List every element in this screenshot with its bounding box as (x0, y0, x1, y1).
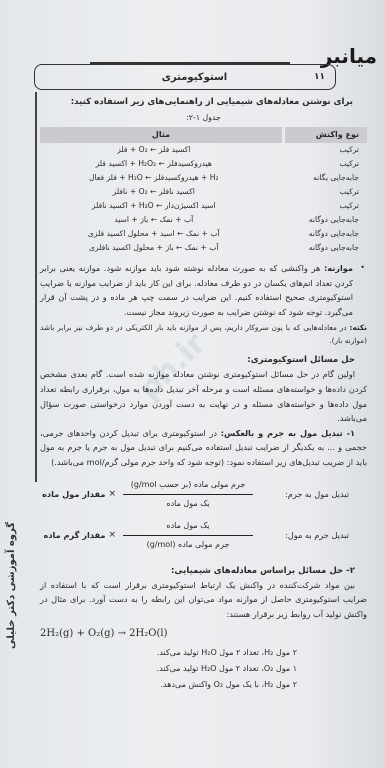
cell-example: آب + نمک ← باز + محلول اکسید نافلزی (40, 241, 284, 255)
cell-example: اکسید فلز ← O₂ + فلز (40, 143, 284, 157)
list-item: ۲ مول H₂، با یک مول O₂ واکنش می‌دهد. (40, 677, 297, 693)
cell-type: ترکیب (284, 199, 368, 213)
balancing-text: هر واکنشی که به صورت معادله نوشته شود با… (40, 263, 353, 317)
intro-text: برای نوشتن معادله‌های شیمیایی از راهنمای… (40, 95, 353, 109)
note-paragraph: نکته: در معادله‌هایی که با یون سروکار دا… (40, 321, 367, 347)
balancing-section: • موازنه: هر واکنشی که به صورت معادله نو… (40, 261, 367, 319)
note-text: در معادله‌هایی که با یون سروکار داریم، پ… (40, 323, 367, 345)
cell-example: H₂ + هیدروکسیدفلز ← H₂O + فلز فعال (40, 171, 284, 185)
formula-label: تبدیل مول به جرم: (257, 487, 367, 501)
formula-multiplier: مقدار گرم ماده (44, 528, 106, 542)
fraction-bar (123, 494, 253, 495)
equations-section-title: ۲- حل مسائل براساس معادله‌های شیمیایی: (40, 564, 355, 578)
formula-label: تبدیل جرم به مول: (257, 528, 367, 542)
water-formation-equation: 2H₂(g) + O₂(g) → 2H₂O(l) (40, 627, 367, 641)
balancing-paragraph: موازنه: هر واکنشی که به صورت معادله نوشت… (40, 261, 353, 319)
multiply-sign: × (108, 528, 116, 542)
formula-mass-to-mol: تبدیل جرم به مول: یک مول ماده جرم مولی م… (40, 519, 367, 552)
cell-type: ترکیب (284, 143, 368, 157)
table-row: ترکیباکسید فلز ← O₂ + فلز (40, 143, 367, 157)
table-row: جابه‌جایی دوگانهآب + نمک ← باز + محلول ا… (40, 241, 367, 255)
note-term: نکته: (349, 323, 367, 332)
chapter-title: استوکیومتری (75, 72, 314, 83)
stoich-facts-list: ۲ مول H₂، تعداد ۲ مول H₂O تولید می‌کند. … (40, 645, 297, 693)
cell-type: جابه‌جایی دوگانه (284, 213, 368, 227)
stoich-paragraph: اولین گام در حل مسائل استوکیومتری نوشتن … (40, 367, 367, 425)
cell-type: ترکیب (284, 185, 368, 199)
cell-type: ترکیب (284, 157, 368, 171)
fraction-numerator: جرم مولی ماده (بر حسب g/mol) (127, 478, 250, 492)
stoich-section-title: حل مسائل استوکیومتری: (40, 353, 355, 367)
multiply-sign: × (108, 487, 116, 501)
fraction-bar (123, 535, 253, 536)
reaction-types-table: نوع واکنش مثال ترکیباکسید فلز ← O₂ + فلز… (40, 127, 367, 255)
list-item: ۱ مول O₂، تعداد ۲ مول H₂O تولید می‌کند. (40, 661, 297, 677)
page-number: ۱۱ (314, 72, 325, 82)
margin-rule (35, 92, 37, 482)
table-row: ترکیباسید اکسیژن‌دار ← H₂O + اکسید نافلز (40, 199, 367, 213)
column-header-type: نوع واکنش (284, 127, 368, 143)
table-row: ترکیبهیدروکسیدفلز ← H₂O₂ + اکسید فلز (40, 157, 367, 171)
table-row: ترکیباکسید نافلز ← O₂ + نافلز (40, 185, 367, 199)
cell-example: آب + نمک ← اسید + محلول اکسید فلزی (40, 227, 284, 241)
column-header-example: مثال (40, 127, 284, 143)
cell-type: جابه‌جایی یگانه (284, 171, 368, 185)
cell-example: اسید اکسیژن‌دار ← H₂O + اکسید نافلز (40, 199, 284, 213)
textbook-page: ph.ir میانبر استوکیومتری ۱۱ گروه آموزشی … (0, 0, 385, 768)
cell-example: اکسید نافلز ← O₂ + نافلز (40, 185, 284, 199)
cell-example: آب + نمک ← باز + اسید (40, 213, 284, 227)
side-publisher-text: گروه آموزشی دکتر خلیلی (6, 470, 30, 700)
balancing-term: موازنه: (324, 263, 353, 273)
conversion-paragraph: ۱- تبدیل مول به جرم و بالعکس: در استوکیو… (40, 426, 367, 470)
fraction-numerator: یک مول ماده (162, 519, 213, 533)
page-content: برای نوشتن معادله‌های شیمیایی از راهنمای… (40, 95, 367, 693)
table-caption: جدول ۱-۲: (40, 111, 367, 125)
formula-multiplier: مقدار مول ماده (42, 487, 105, 501)
cell-type: جابه‌جایی دوگانه (284, 241, 368, 255)
list-item: ۲ مول H₂، تعداد ۲ مول H₂O تولید می‌کند. (40, 645, 297, 661)
table-row: جابه‌جایی دوگانهآب + نمک ← باز + اسید (40, 213, 367, 227)
table-header-row: نوع واکنش مثال (40, 127, 367, 143)
formula-mol-to-mass: تبدیل مول به جرم: جرم مولی ماده (بر حسب … (40, 478, 367, 511)
conversion-fraction: جرم مولی ماده (بر حسب g/mol) یک مول ماده (123, 478, 253, 511)
conversion-fraction: یک مول ماده جرم مولی ماده (g/mol) (123, 519, 253, 552)
fraction-denominator: یک مول ماده (162, 497, 213, 511)
equations-paragraph: بین مواد شرکت‌کننده در واکنش یک ارتباط ا… (40, 578, 367, 622)
conversion-term: ۱- تبدیل مول به جرم و بالعکس: (221, 428, 355, 438)
cell-type: جابه‌جایی دوگانه (284, 227, 368, 241)
cell-example: هیدروکسیدفلز ← H₂O₂ + اکسید فلز (40, 157, 284, 171)
bullet-icon: • (360, 261, 365, 275)
table-row: جابه‌جایی دوگانهآب + نمک ← اسید + محلول … (40, 227, 367, 241)
table-row: جابه‌جایی یگانهH₂ + هیدروکسیدفلز ← H₂O +… (40, 171, 367, 185)
page-header: استوکیومتری ۱۱ (34, 64, 336, 90)
fraction-denominator: جرم مولی ماده (g/mol) (143, 538, 234, 552)
